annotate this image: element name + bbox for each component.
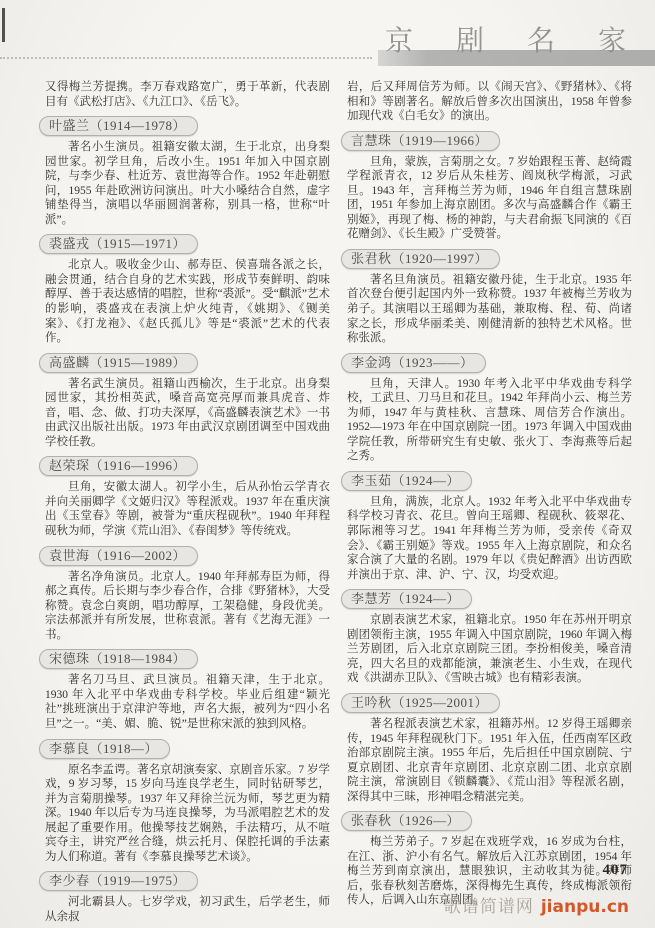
right-column: 岩，后又拜周信芳为师。以《闹天宫》、《野猪林》、《将相和》等剧著名。解放后曾多次… xyxy=(347,80,632,924)
biography-entry: 赵荣琛（1916—1996） 旦角，安徽太湖人。初学小生，后从孙怡云学青衣并向关… xyxy=(45,456,330,538)
entry-heading: 张君秋（1920—1997） xyxy=(341,249,632,269)
entry-name-pill: 裘盛戎（1915—1971） xyxy=(39,234,198,254)
entry-heading: 李慕良（1918—） xyxy=(39,739,330,759)
biography-entry: 叶盛兰（1914—1978） 著名小生演员。祖籍安徽太湖，生于北京，出身梨园世家… xyxy=(45,116,330,227)
entry-heading: 高盛麟（1915—1989） xyxy=(39,353,330,373)
biography-entry: 宋德珠（1918—1984） 著名刀马旦、武旦演员。祖籍天津，生于北京。1930… xyxy=(45,649,330,731)
entry-heading: 李金鸿（1923——） xyxy=(341,353,632,373)
entry-heading: 袁世海（1916—2002） xyxy=(39,546,330,566)
entry-heading: 宋德珠（1918—1984） xyxy=(39,649,330,669)
entry-heading: 王吟秋（1925—2001） xyxy=(341,693,632,713)
entry-body-text: 著名程派表演艺术家，祖籍苏州。12 岁得王瑶卿亲传，1945 年拜程砚秋门下。1… xyxy=(347,717,632,804)
entry-body-text: 旦角，天津人。1930 年考入北平中华戏曲专科学校，工武旦、刀马旦和花旦。194… xyxy=(347,377,632,464)
biography-entry: 言慧珠（1919—1966） 旦角，蒙族，言菊朋之女。7 岁始跟程玉菁、赵绮霞学… xyxy=(347,131,632,242)
entry-name-pill: 王吟秋（1925—2001） xyxy=(341,693,500,713)
page-header-title: 京剧名家 xyxy=(385,26,655,57)
entry-heading: 李玉茹（1924—） xyxy=(341,471,632,491)
left-column: 又得梅兰芳提携。李万春戏路宽广，勇于革新，代表剧目有《武松打店》、《九江口》、《… xyxy=(45,80,330,924)
entry-name-pill: 袁世海（1916—2002） xyxy=(39,546,198,566)
biography-entry: 李慧芳（1924—） 京剧表演艺术家，祖籍北京。1950 年在苏州开明京剧团领衔… xyxy=(347,589,632,686)
entry-body-text: 著名净角演员。北京人。1940 年拜郝寿臣为师，得郝之真传。后长期与李少春合作，… xyxy=(45,570,330,643)
entry-body-text: 河北霸县人。七岁学戏，初习武生，后学老生，师从余叔 xyxy=(45,895,330,924)
entry-body-text: 原名李孟谔。著名京胡演奏家、京剧音乐家。7 岁学戏，9 岁习琴，15 岁向马连良… xyxy=(45,763,330,865)
watermark: 歌谱简谱网jianpu.cn xyxy=(444,892,629,917)
page-number: 407 xyxy=(603,862,629,879)
entry-heading: 赵荣琛（1916—1996） xyxy=(39,456,330,476)
entry-name-pill: 赵荣琛（1916—1996） xyxy=(39,456,198,476)
entry-name-pill: 李少春（1919—1975） xyxy=(39,871,198,891)
entry-body-text: 旦角，蒙族，言菊朋之女。7 岁始跟程玉菁、赵绮霞学程派青衣，12 岁后从朱桂芳、… xyxy=(347,155,632,242)
entry-name-pill: 张春秋（1926—） xyxy=(341,811,472,831)
entry-body-text: 著名刀马旦、武旦演员。祖籍天津，生于北京。1930 年入北平中华戏曲专科学校。毕… xyxy=(45,673,330,731)
entry-body-text: 著名旦角演员。祖籍安徽丹徒，生于北京。1935 年首次登台便引起国内外一致称赞。… xyxy=(347,273,632,346)
entry-heading: 叶盛兰（1914—1978） xyxy=(39,116,330,136)
continuation-paragraph: 岩，后又拜周信芳为师。以《闹天宫》、《野猪林》、《将相和》等剧著名。解放后曾多次… xyxy=(347,80,632,124)
entry-heading: 张春秋（1926—） xyxy=(341,811,632,831)
biography-entry: 高盛麟（1915—1989） 著名武生演员。祖籍山西榆次，生于北京。出身梨园世家… xyxy=(45,353,330,450)
right-column-entries: 言慧珠（1919—1966） 旦角，蒙族，言菊朋之女。7 岁始跟程玉菁、赵绮霞学… xyxy=(347,131,632,908)
entry-body-text: 旦角，安徽太湖人。初学小生，后从孙怡云学青衣并向关丽卿学《文姬归汉》等程派戏。1… xyxy=(45,480,330,538)
continuation-paragraph: 又得梅兰芳提携。李万春戏路宽广，勇于革新，代表剧目有《武松打店》、《九江口》、《… xyxy=(45,80,330,109)
watermark-site-url: jianpu.cn xyxy=(541,897,629,917)
biography-entry: 李少春（1919—1975） 河北霸县人。七岁学戏，初习武生，后学老生，师从余叔 xyxy=(45,871,330,924)
scan-edge-artifact xyxy=(2,8,5,42)
entry-heading: 李少春（1919—1975） xyxy=(39,871,330,891)
biography-entry: 裘盛戎（1915—1971） 北京人。吸收金少山、郝寿臣、侯喜瑞各派之长，融会贯… xyxy=(45,234,330,345)
two-column-text-body: 又得梅兰芳提携。李万春戏路宽广，勇于革新，代表剧目有《武松打店》、《九江口》、《… xyxy=(45,80,633,924)
entry-name-pill: 李玉茹（1924—） xyxy=(341,471,472,491)
entry-body-text: 著名武生演员。祖籍山西榆次，生于北京。出身梨园世家，其扮相英武，嗓音高宽亮厚而兼… xyxy=(45,377,330,450)
entry-name-pill: 言慧珠（1919—1966） xyxy=(341,131,500,151)
biography-entry: 王吟秋（1925—2001） 著名程派表演艺术家，祖籍苏州。12 岁得王瑶卿亲传… xyxy=(347,693,632,804)
entry-heading: 言慧珠（1919—1966） xyxy=(341,131,632,151)
entry-body-text: 著名小生演员。祖籍安徽太湖，生于北京，出身梨园世家。初学旦角，后改小生。1951… xyxy=(45,140,330,227)
watermark-site-name: 歌谱简谱网 xyxy=(444,897,534,917)
entry-name-pill: 高盛麟（1915—1989） xyxy=(39,353,198,373)
entry-body-text: 京剧表演艺术家，祖籍北京。1950 年在苏州开明京剧团领衔主演，1955 年调入… xyxy=(347,613,632,686)
biography-entry: 李玉茹（1924—） 旦角，满族，北京人。1932 年考入北平中华戏曲专科学校习… xyxy=(347,471,632,582)
biography-entry: 张君秋（1920—1997） 著名旦角演员。祖籍安徽丹徒，生于北京。1935 年… xyxy=(347,249,632,346)
biography-entry: 李金鸿（1923——） 旦角，天津人。1930 年考入北平中华戏曲专科学校，工武… xyxy=(347,353,632,464)
biography-entry: 李慕良（1918—） 原名李孟谔。著名京胡演奏家、京剧音乐家。7 岁学戏，9 岁… xyxy=(45,739,330,865)
entry-name-pill: 李慧芳（1924—） xyxy=(341,589,472,609)
entry-name-pill: 叶盛兰（1914—1978） xyxy=(39,116,198,136)
entry-heading: 李慧芳（1924—） xyxy=(341,589,632,609)
header-dotted-rule xyxy=(0,57,372,59)
entry-body-text: 北京人。吸收金少山、郝寿臣、侯喜瑞各派之长，融会贯通，结合自身的艺术实践，形成节… xyxy=(45,258,330,345)
entry-name-pill: 李慕良（1918—） xyxy=(39,739,170,759)
left-column-entries: 叶盛兰（1914—1978） 著名小生演员。祖籍安徽太湖，生于北京，出身梨园世家… xyxy=(45,116,330,924)
entry-heading: 裘盛戎（1915—1971） xyxy=(39,234,330,254)
scanned-book-page: 京剧名家 又得梅兰芳提携。李万春戏路宽广，勇于革新，代表剧目有《武松打店》、《九… xyxy=(0,0,655,928)
entry-name-pill: 宋德珠（1918—1984） xyxy=(39,649,198,669)
entry-name-pill: 李金鸿（1923——） xyxy=(341,353,486,373)
entry-name-pill: 张君秋（1920—1997） xyxy=(341,249,500,269)
entry-body-text: 旦角，满族，北京人。1932 年考入北平中华戏曲专科学校习青衣、花旦。曾向王瑶卿… xyxy=(347,495,632,582)
biography-entry: 袁世海（1916—2002） 著名净角演员。北京人。1940 年拜郝寿臣为师，得… xyxy=(45,546,330,643)
